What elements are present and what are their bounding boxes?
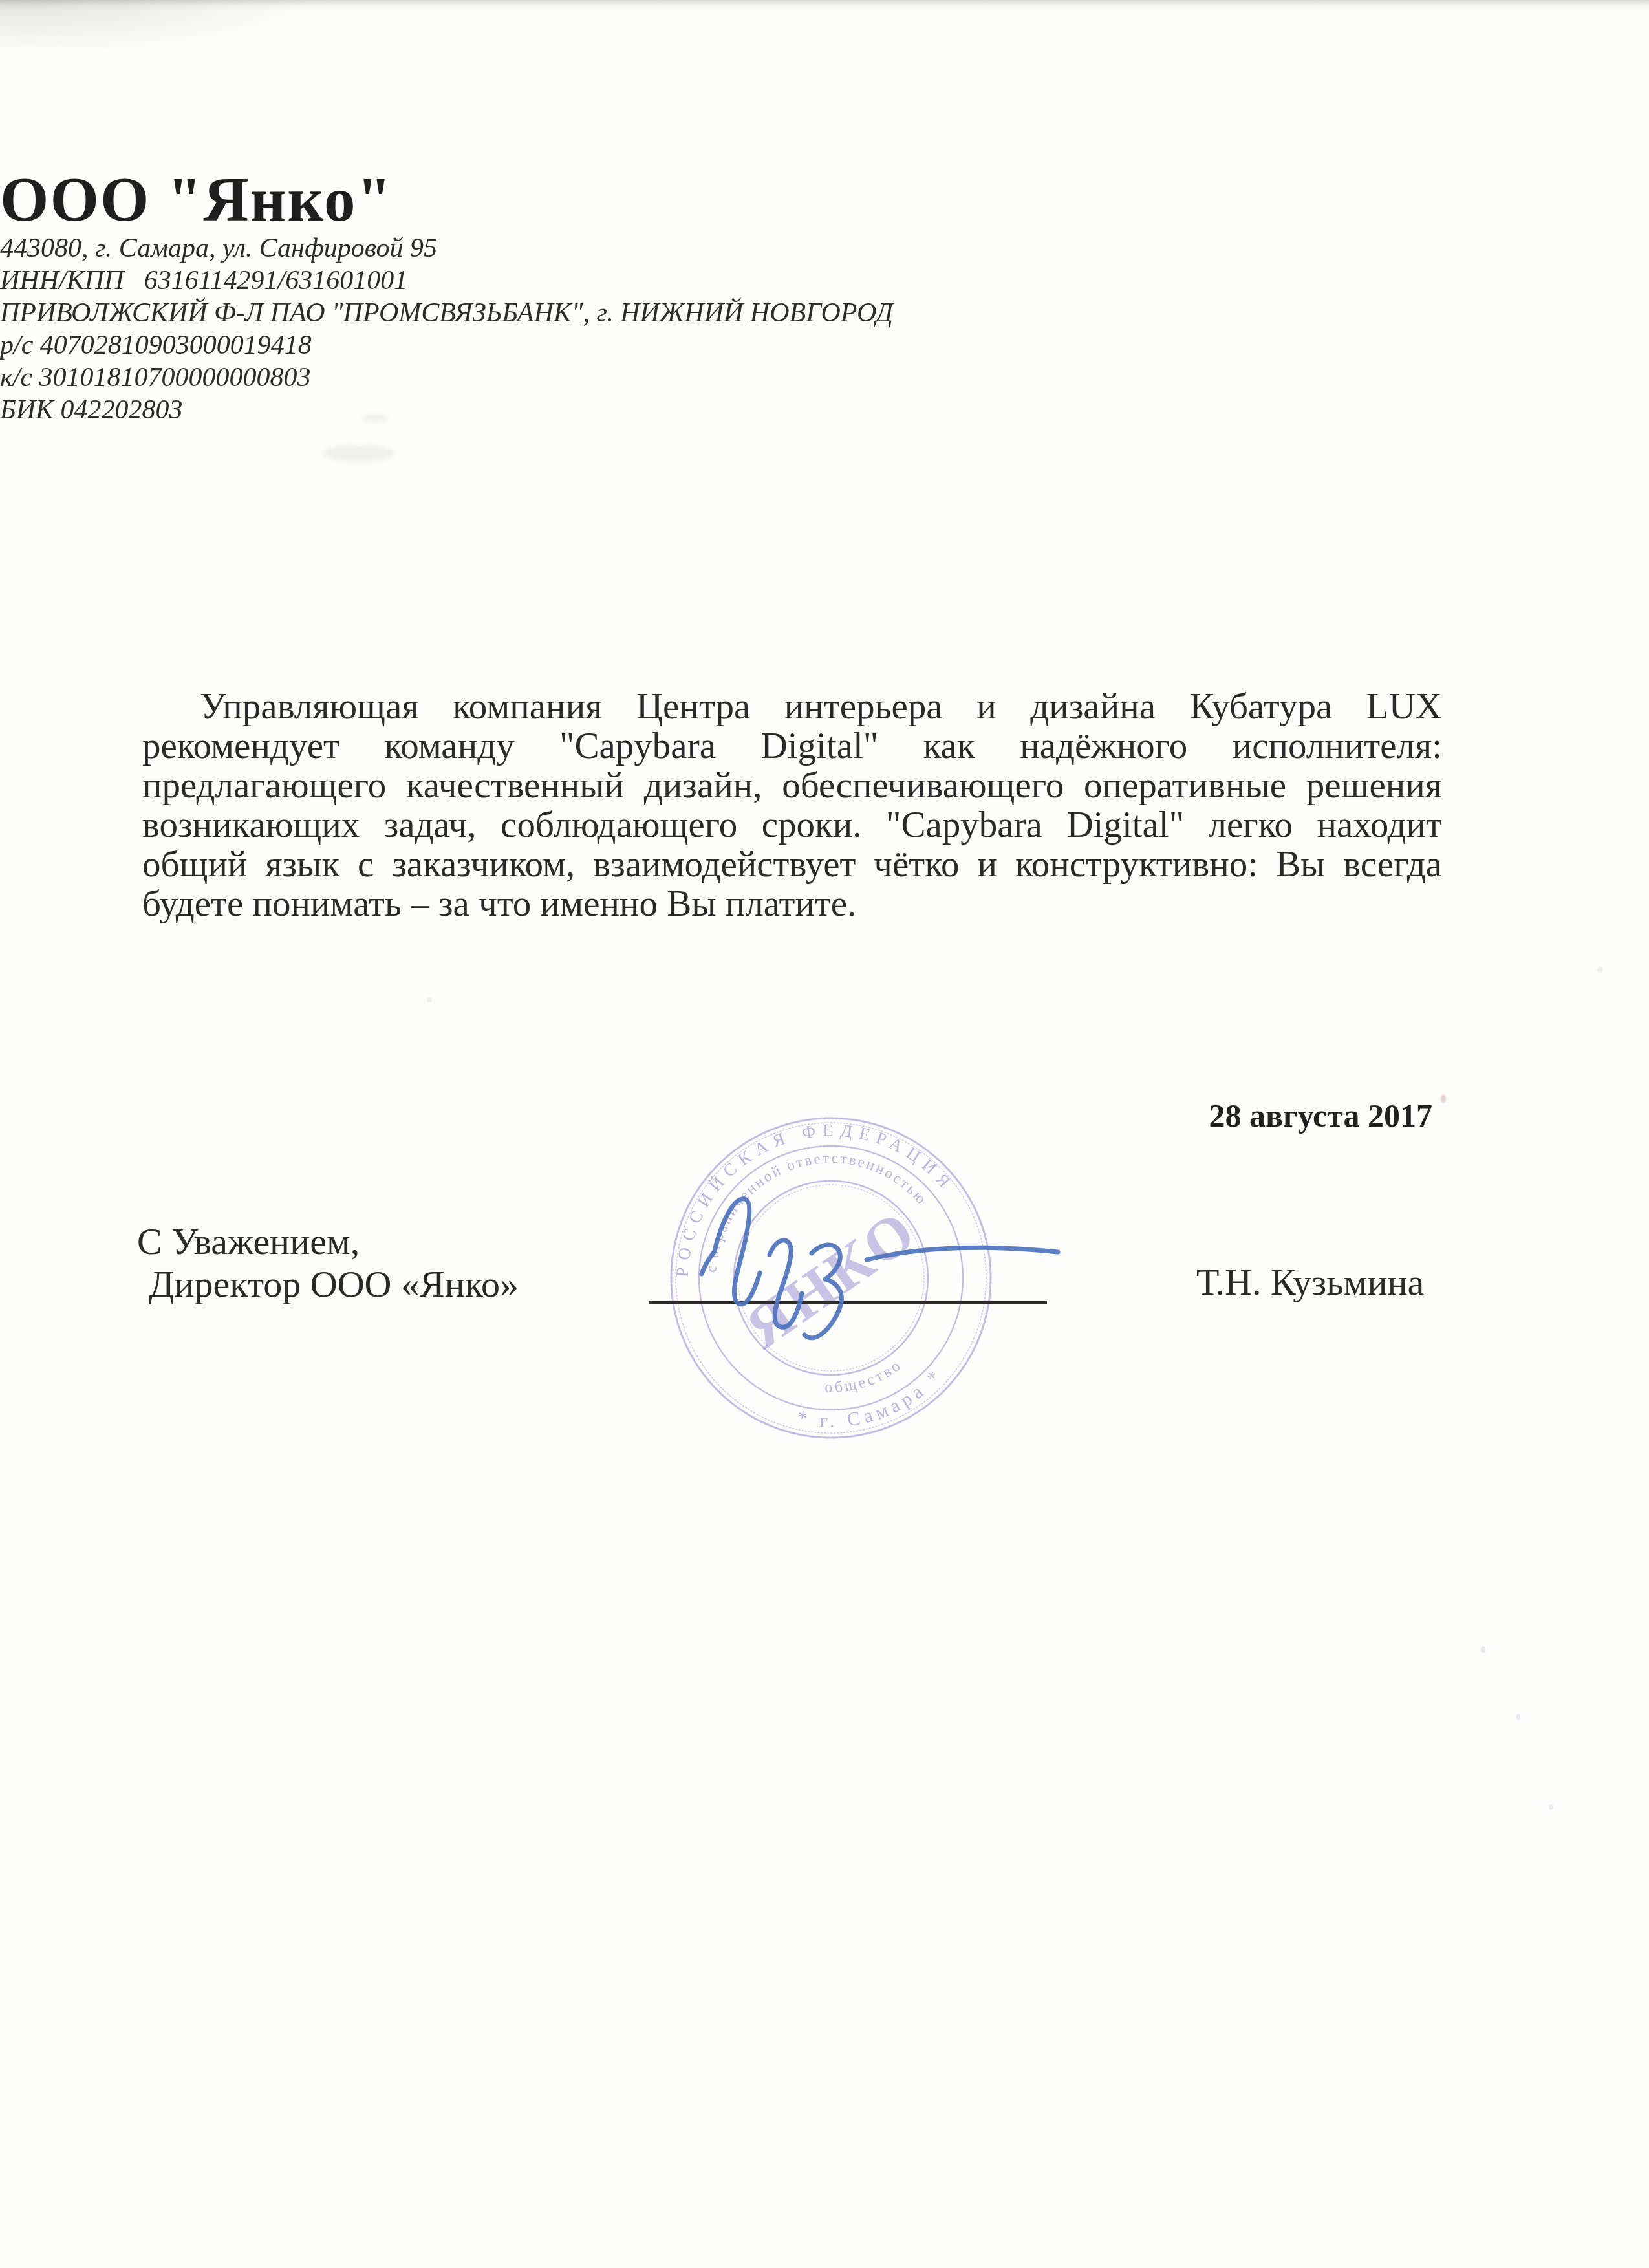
director-signature <box>673 1177 1093 1371</box>
paragraph-line: возникающих задач, соблюдающего сроки. "… <box>142 805 1442 845</box>
letterhead-bank: ПРИВОЛЖСКИЙ Ф-Л ПАО "ПРОМСВЯЗЬБАНК", г. … <box>0 297 1591 329</box>
paragraph-line: рекомендует команду "Capybara Digital" к… <box>142 726 1442 766</box>
letterhead-settlement-account: р/с 40702810903000019418 <box>0 329 1591 362</box>
letter-date: 28 августа 2017 <box>1209 1097 1432 1134</box>
scan-artifact <box>1549 1804 1553 1810</box>
letterhead-block: 443080, г. Самара, ул. Санфировой 95 ИНН… <box>0 232 1591 426</box>
signer-name: Т.Н. Кузьмина <box>1196 1260 1424 1304</box>
closing-block: С Уважением, Директор ООО «Янко» <box>137 1220 519 1306</box>
paragraph-line: общий язык с заказчиком, взаимодействует… <box>142 845 1442 884</box>
closing-title: Директор ООО «Янко» <box>137 1263 519 1306</box>
scan-artifact <box>323 445 394 462</box>
recommendation-paragraph: Управляющая компания Центра интерьера и … <box>142 687 1442 923</box>
scanned-letter-page: ООО "Янко" 443080, г. Самара, ул. Санфир… <box>0 0 1649 2268</box>
company-title: ООО "Янко" <box>0 167 1591 233</box>
scan-artifact <box>1597 967 1603 973</box>
signature-strokes <box>702 1199 1058 1338</box>
scan-artifact <box>427 997 432 1002</box>
paragraph-line: Управляющая компания Центра интерьера и … <box>142 687 1442 726</box>
scan-artifact <box>1481 1646 1485 1653</box>
letterhead-bik: БИК 042202803 <box>0 394 1591 426</box>
scan-artifact <box>1441 1094 1446 1103</box>
letterhead-corr-account: к/с 30101810700000000803 <box>0 362 1591 394</box>
scan-artifact <box>1516 1714 1520 1720</box>
letterhead-inn-kpp: ИНН/КПП 6316114291/631601001 <box>0 265 1591 297</box>
closing-salutation: С Уважением, <box>137 1220 519 1263</box>
paragraph-line: будете понимать – за что именно Вы плати… <box>142 884 1442 923</box>
letterhead-address: 443080, г. Самара, ул. Санфировой 95 <box>0 232 1591 265</box>
paragraph-line: предлагающего качественный дизайн, обесп… <box>142 766 1442 805</box>
